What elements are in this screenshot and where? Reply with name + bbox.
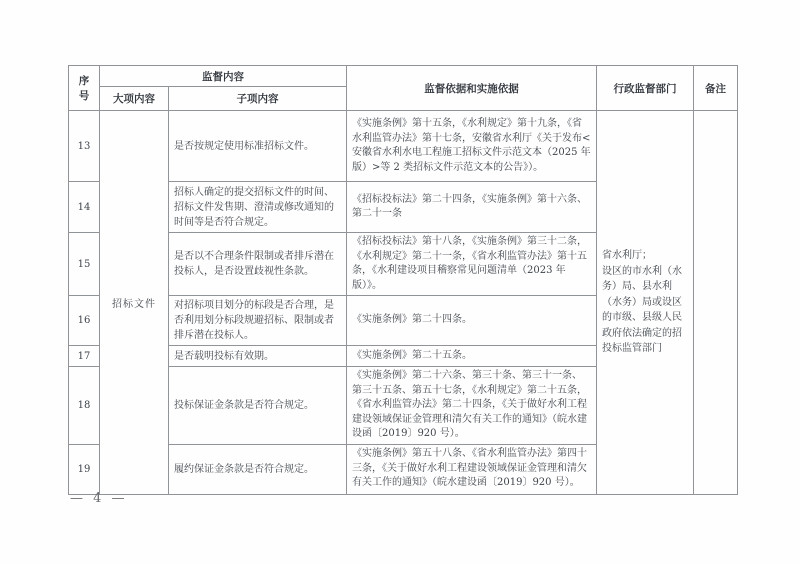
- document-page: 序号 监督内容 监督依据和实施依据 行政监督部门 备注 大项内容 子项内容 13…: [0, 0, 800, 565]
- major-item-cell: 招标文件: [100, 111, 169, 495]
- basis-cell: 《招标投标法》第二十四条，《实施条例》第十六条、第二十一条: [347, 182, 597, 233]
- header-admin-dept: 行政监督部门: [597, 66, 694, 111]
- row-index: 14: [69, 182, 100, 233]
- basis-cell: 《招标投标法》第十八条，《实施条例》第三十二条，《水利规定》第二十一条，《省水利…: [347, 233, 597, 296]
- basis-cell: 《实施条例》第二十五条。: [347, 346, 597, 367]
- sub-item-cell: 是否载明投标有效期。: [169, 346, 347, 367]
- remarks-cell: [694, 111, 738, 495]
- admin-dept-cell: 省水利厅； 设区的市水利（水务）局、县水利（水务）局或设区的市级、县级人民政府依…: [597, 111, 694, 495]
- header-col-index: 序号: [69, 66, 100, 111]
- sub-item-cell: 是否以不合理条件限制或者排斥潜在投标人，是否设置歧视性条款。: [169, 233, 347, 296]
- sub-item-cell: 投标保证金条款是否符合规定。: [169, 367, 347, 445]
- row-index: 15: [69, 233, 100, 296]
- header-basis: 监督依据和实施依据: [347, 66, 597, 111]
- row-index: 13: [69, 111, 100, 182]
- sub-item-cell: 招标人确定的提交招标文件的时间、招标文件发售期、澄清或修改通知的时间等是否符合规…: [169, 182, 347, 233]
- table-row: 13 招标文件 是否按规定使用标准招标文件。 《实施条例》第十五条，《水利规定》…: [69, 111, 738, 182]
- sub-item-cell: 对招标项目划分的标段是否合理，是否利用划分标段规避招标、限制或者排斥潜在投标人。: [169, 296, 347, 346]
- page-number: — 4 —: [70, 491, 128, 506]
- row-index: 19: [69, 444, 100, 494]
- basis-cell: 《实施条例》第五十八条、《省水利监管办法》第四十三条，《关于做好水利工程建设领域…: [347, 444, 597, 494]
- sub-item-cell: 是否按规定使用标准招标文件。: [169, 111, 347, 182]
- row-index: 17: [69, 346, 100, 367]
- row-index: 18: [69, 367, 100, 445]
- supervision-table: 序号 监督内容 监督依据和实施依据 行政监督部门 备注 大项内容 子项内容 13…: [68, 65, 738, 495]
- header-sub-item: 子项内容: [169, 87, 347, 111]
- row-index: 16: [69, 296, 100, 346]
- basis-cell: 《实施条例》第二十六条、第三十条、第三十一条、第三十五条、第五十七条，《水利规定…: [347, 367, 597, 445]
- sub-item-cell: 履约保证金条款是否符合规定。: [169, 444, 347, 494]
- header-remarks: 备注: [694, 66, 738, 111]
- header-major-item: 大项内容: [100, 87, 169, 111]
- basis-cell: 《实施条例》第十五条，《水利规定》第十九条，《省水利监管办法》第十七条，安徽省水…: [347, 111, 597, 182]
- basis-cell: 《实施条例》第二十四条。: [347, 296, 597, 346]
- header-supervision-content: 监督内容: [100, 66, 347, 87]
